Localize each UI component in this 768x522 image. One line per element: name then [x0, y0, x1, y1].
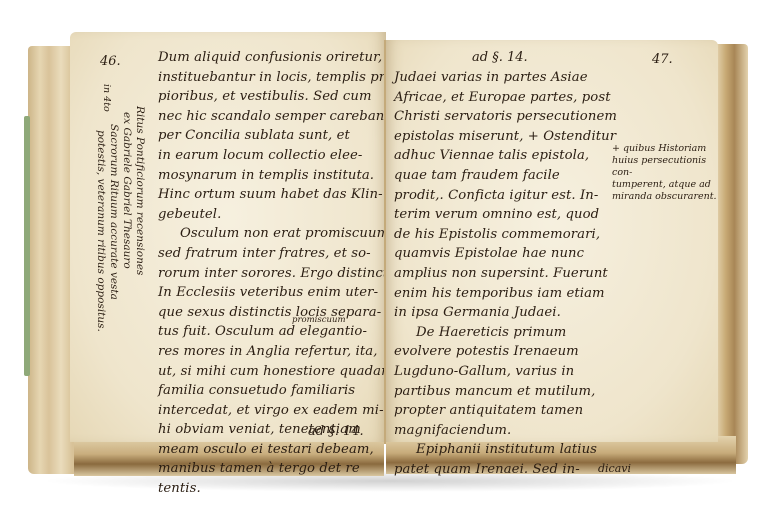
text-line: Osculum non erat promiscuum,: [158, 224, 404, 244]
text-line: In Ecclesiis veteribus enim uter-: [158, 283, 404, 303]
text-line: hi obviam veniat, tenetentiam: [158, 420, 404, 440]
text-line: partibus mancum et mutilum,: [394, 382, 617, 402]
text-line: Lugduno-Gallum, varius in: [394, 362, 617, 382]
open-manuscript-book: 46. in 4to Ritus Pontificiorum recension…: [24, 26, 752, 486]
text-line: mosynarum in templis instituta.: [158, 166, 404, 186]
text-line: Hinc ortum suum habet das Klin-: [158, 185, 404, 205]
left-margin-note-3: Sacrorum Rituum accurate vesta: [107, 124, 120, 300]
text-line: amplius non supersint. Fuerunt: [394, 264, 617, 284]
margin-note-line: miranda obscurarent.: [612, 191, 718, 203]
text-line: magnifaciendum.: [394, 421, 617, 441]
text-line: rorum inter sorores. Ergo distinctus: [158, 264, 404, 284]
margin-note-line: + quibus Historiam: [612, 143, 718, 155]
text-line: res mores in Anglia refertur, ita,: [158, 342, 404, 362]
text-line: instituebantur in locis, templis pro-: [158, 68, 404, 88]
text-line: prodit,. Conficta igitur est. In-: [394, 186, 617, 206]
margin-note-line: huius persecutionis con-: [612, 155, 718, 179]
text-line: propter antiquitatem tamen: [394, 401, 617, 421]
left-page-text: Dum aliquid confusionis oriretur, instit…: [158, 48, 404, 499]
text-line: in ipsa Germania Judaei.: [394, 303, 617, 323]
text-line: per Concilia sublata sunt, et: [158, 126, 404, 146]
text-line: tentis.: [158, 479, 404, 499]
green-cover-edge: [24, 116, 30, 376]
text-line: pioribus, et vestibulis. Sed cum: [158, 87, 404, 107]
text-line: Christi servatoris persecutionem: [394, 107, 617, 127]
text-line: De Haereticis primum: [394, 323, 617, 343]
left-page-number: 46.: [100, 54, 121, 69]
right-page: ad §. 14. 47. Judaei varias in partes As…: [386, 40, 718, 442]
right-page-text: Judaei varias in partes Asiae Africae, e…: [394, 68, 617, 479]
left-page: 46. in 4to Ritus Pontificiorum recension…: [70, 32, 386, 442]
right-page-edges: [714, 44, 748, 464]
text-line: ut, si mihi cum honestiore quadam: [158, 362, 404, 382]
text-line: manibus tamen à tergo det re: [158, 459, 404, 479]
right-margin-note: + quibus Historiam huius persecutionis c…: [612, 143, 718, 203]
right-header-reference: ad §. 14.: [472, 50, 528, 65]
text-line: in earum locum collectio elee-: [158, 146, 404, 166]
interlinear-insertion: promiscuum: [292, 314, 346, 326]
text-line: Dum aliquid confusionis oriretur,: [158, 48, 404, 68]
text-line: quamvis Epistolae hae nunc: [394, 244, 617, 264]
right-page-number: 47.: [652, 52, 673, 67]
catchword: dicavi: [598, 462, 631, 475]
text-line: terim verum omnino est, quod: [394, 205, 617, 225]
text-line: patet quam Irenaei. Sed in-: [394, 460, 617, 480]
text-line: gebeutel.: [158, 205, 404, 225]
text-line: enim his temporibus iam etiam: [394, 284, 617, 304]
text-line: nec hic scandalo semper carebant,: [158, 107, 404, 127]
text-line: intercedat, et virgo ex eadem mi-: [158, 401, 404, 421]
text-line: adhuc Viennae talis epistola,: [394, 146, 617, 166]
text-line: tus fuit. Osculum ad elegantio-: [158, 322, 404, 342]
left-footer-reference: ad §. 14.: [308, 424, 364, 439]
text-line: sed fratrum inter fratres, et so-: [158, 244, 404, 264]
text-line: Epiphanii institutum latius: [394, 440, 617, 460]
left-margin-note-4: potestis, veteranum ritibus oppositus.: [94, 130, 107, 332]
text-line: que sexus distinctis locis separa-: [158, 303, 404, 323]
text-line: de his Epistolis commemorari,: [394, 225, 617, 245]
left-margin-ref: in 4to: [100, 84, 112, 112]
text-line: quae tam fraudem facile: [394, 166, 617, 186]
left-margin-note-1: Ritus Pontificiorum recensiones: [133, 106, 146, 275]
text-line: epistolas miserunt, + Ostenditur: [394, 127, 617, 147]
text-line: evolvere potestis Irenaeum: [394, 342, 617, 362]
margin-note-line: tumperent, atque ad: [612, 179, 718, 191]
text-line: Judaei varias in partes Asiae: [394, 68, 617, 88]
text-line: familia consuetudo familiaris: [158, 381, 404, 401]
left-margin-note-2: ex Gabriele Gabriel Thesauro: [120, 112, 133, 269]
text-line: Africae, et Europae partes, post: [394, 88, 617, 108]
text-line: meam osculo ei testari debeam,: [158, 440, 404, 460]
